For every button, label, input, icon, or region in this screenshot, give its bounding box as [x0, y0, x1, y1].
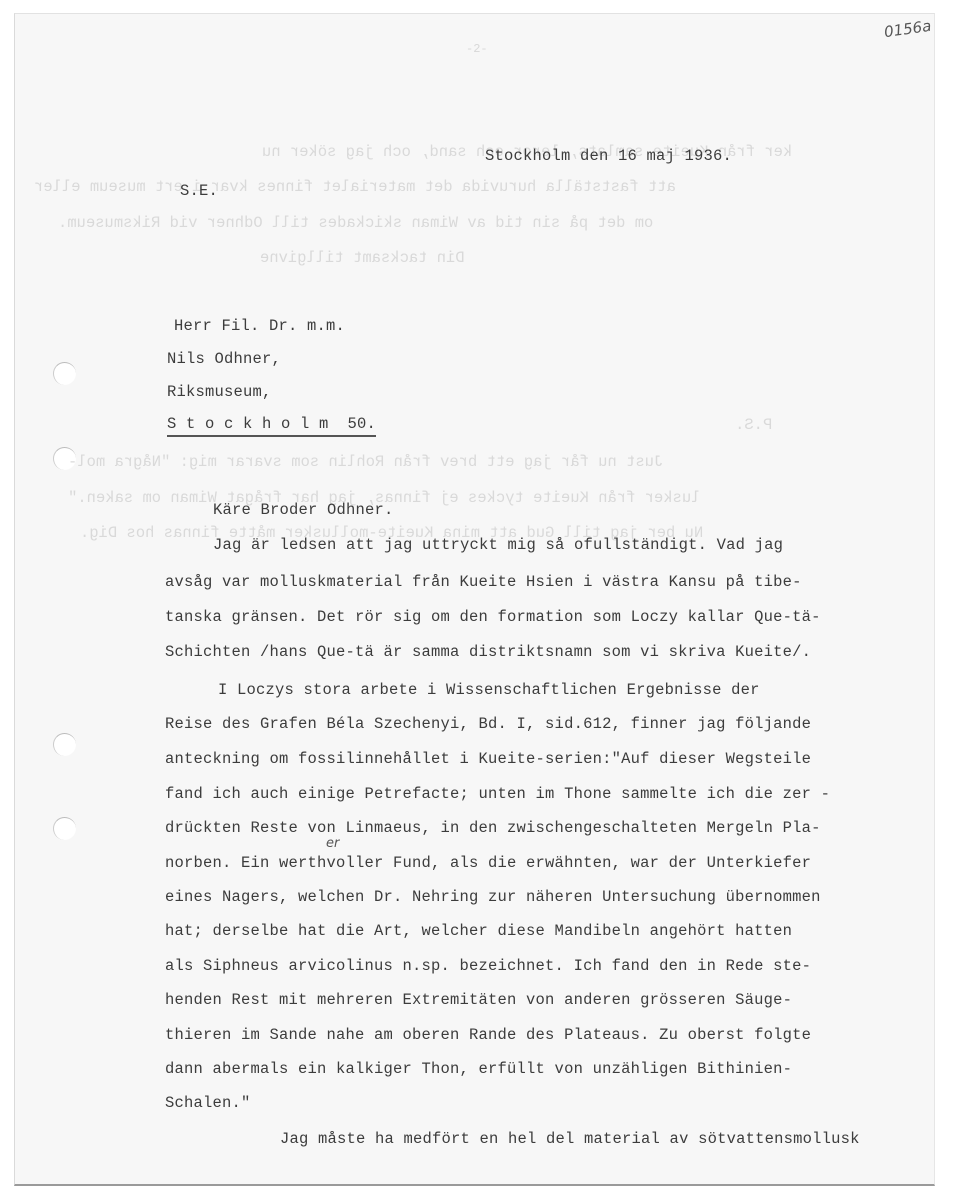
- body-line: thieren im Sande nahe am oberen Rande de…: [165, 1025, 811, 1045]
- body-line: Reise des Grafen Béla Szechenyi, Bd. I, …: [165, 714, 811, 734]
- body-line: als Siphneus arvicolinus n.sp. bezeichne…: [165, 956, 811, 976]
- body-line: drückten Reste von Linmaeus, in den zwis…: [165, 818, 821, 838]
- bleed-line: Just nu får jag ett brev från Rohlin som…: [68, 452, 663, 472]
- punch-hole: [53, 362, 76, 385]
- body-line: anteckning om fossilinnehållet i Kueite-…: [165, 749, 811, 769]
- body-line: Schichten /hans Que-tä är samma distrikt…: [165, 642, 811, 662]
- recipient-name: Nils Odhner,: [167, 349, 281, 369]
- bleed-line: att fastställa huruvida det materialet f…: [34, 177, 676, 197]
- punch-hole: [53, 733, 76, 756]
- bleed-page-number: -2-: [466, 42, 488, 56]
- body-line: Schalen.": [165, 1093, 251, 1113]
- recipient-institution: Riksmuseum,: [167, 382, 272, 402]
- body-line: avsåg var molluskmaterial från Kueite Hs…: [165, 572, 802, 592]
- recipient-city: S t o c k h o l m 50.: [167, 414, 376, 437]
- punch-hole: [53, 817, 76, 840]
- body-line: I Loczys stora arbete i Wissenschaftlich…: [218, 680, 760, 700]
- body-line: fand ich auch einige Petrefacte; unten i…: [165, 784, 830, 804]
- date-line: Stockholm den 16 maj 1936.: [485, 146, 732, 166]
- body-line: henden Rest mit mehreren Extremitäten vo…: [165, 990, 792, 1010]
- bleed-line: P.S.: [735, 415, 772, 435]
- bleed-line: om det på sin tid av Wiman skickades til…: [58, 213, 653, 233]
- sender-initials: S.E.: [180, 181, 218, 201]
- body-line: Jag är ledsen att jag uttryckt mig så of…: [213, 535, 783, 555]
- body-line: hat; derselbe hat die Art, welcher diese…: [165, 921, 792, 941]
- handwritten-correction: er: [326, 836, 339, 851]
- recipient-title: Herr Fil. Dr. m.m.: [174, 316, 345, 336]
- bleed-line: Din tacksamt tillgivne: [260, 248, 465, 268]
- body-line: eines Nagers, welchen Dr. Nehring zur nä…: [165, 887, 821, 907]
- salutation: Käre Broder Odhner.: [213, 500, 394, 520]
- body-line: Jag måste ha medfört en hel del material…: [280, 1129, 860, 1149]
- body-line: tanska gränsen. Det rör sig om den forma…: [165, 607, 821, 627]
- body-line: dann abermals ein kalkiger Thon, erfüllt…: [165, 1059, 792, 1079]
- body-line: norben. Ein werthvoller Fund, als die er…: [165, 853, 811, 873]
